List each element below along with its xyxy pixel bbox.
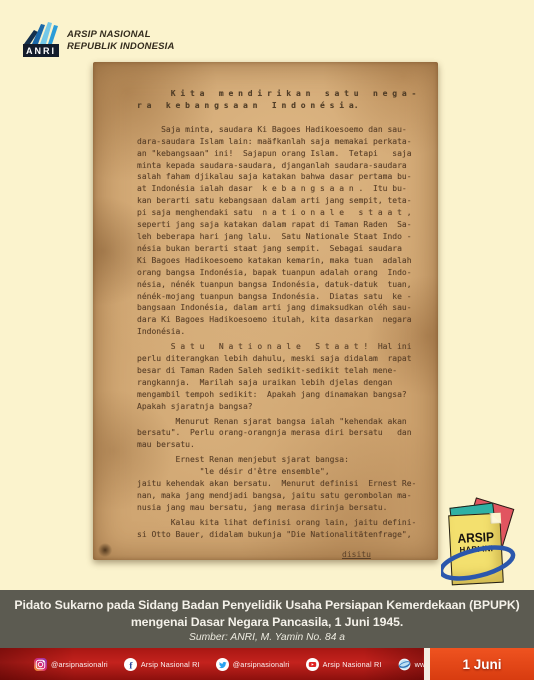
social-facebook[interactable]: f Arsip Nasional RI xyxy=(124,658,200,671)
caption-bar: Pidato Sukarno pada Sidang Badan Penyeli… xyxy=(0,590,534,648)
badge-text: ARSIP HARI INI xyxy=(449,530,502,556)
catchword-disitu: disitu xyxy=(342,550,371,559)
typed-paragraph-3: Menurut Renan sjarat bangsa ialah "kehen… xyxy=(137,416,422,452)
youtube-icon xyxy=(306,658,319,671)
youtube-handle: Arsip Nasional RI xyxy=(323,660,382,669)
caption-line1: Pidato Sukarno pada Sidang Badan Penyeli… xyxy=(0,590,534,614)
typed-paragraph-4: Ernest Renan menjebut sjarat bangsa: "le… xyxy=(137,454,422,514)
anri-logo-graphic: ANRI xyxy=(21,21,63,59)
org-name: ARSIP NASIONAL REPUBLIK INDONESIA xyxy=(67,29,175,52)
typed-paragraph-5: Kalau kita lihat definisi orang lain, ja… xyxy=(137,517,422,541)
facebook-handle: Arsip Nasional RI xyxy=(141,660,200,669)
org-name-line2: REPUBLIK INDONESIA xyxy=(67,41,175,53)
typed-paragraph-1: Saja minta, saudara Ki Bagoes Hadikoesoe… xyxy=(137,124,422,338)
typed-heading: K i t a m e n d i r i k a n s a t u n e … xyxy=(137,88,422,112)
arsip-hari-ini-badge: ARSIP HARI INI xyxy=(441,499,533,594)
social-instagram[interactable]: @arsipnasionalri xyxy=(34,658,108,671)
caption-source: Sumber: ANRI, M. Yamin No. 84 a xyxy=(0,632,534,643)
social-youtube[interactable]: Arsip Nasional RI xyxy=(306,658,382,671)
globe-icon xyxy=(398,658,411,671)
anri-logo-icon: ANRI xyxy=(21,21,63,59)
twitter-handle: @arsipnasionalri xyxy=(233,660,290,669)
footer-bar: @arsipnasionalri f Arsip Nasional RI @ar… xyxy=(0,648,534,680)
typed-paragraph-2: S a t u N a t i o n a l e S t a a t ! Ha… xyxy=(137,341,422,412)
date-badge: 1 Juni xyxy=(430,648,534,680)
post-canvas: ANRI ARSIP NASIONAL REPUBLIK INDONESIA K… xyxy=(0,0,534,680)
facebook-icon: f xyxy=(124,658,137,671)
document-page: K i t a m e n d i r i k a n s a t u n e … xyxy=(93,62,438,560)
social-twitter[interactable]: @arsipnasionalri xyxy=(216,658,290,671)
twitter-icon xyxy=(216,658,229,671)
org-name-line1: ARSIP NASIONAL xyxy=(67,29,175,41)
caption-line2: mengenai Dasar Negara Pancasila, 1 Juni … xyxy=(0,614,534,631)
logo-acronym: ANRI xyxy=(26,46,56,56)
instagram-handle: @arsipnasionalri xyxy=(51,660,108,669)
instagram-icon xyxy=(34,658,47,671)
